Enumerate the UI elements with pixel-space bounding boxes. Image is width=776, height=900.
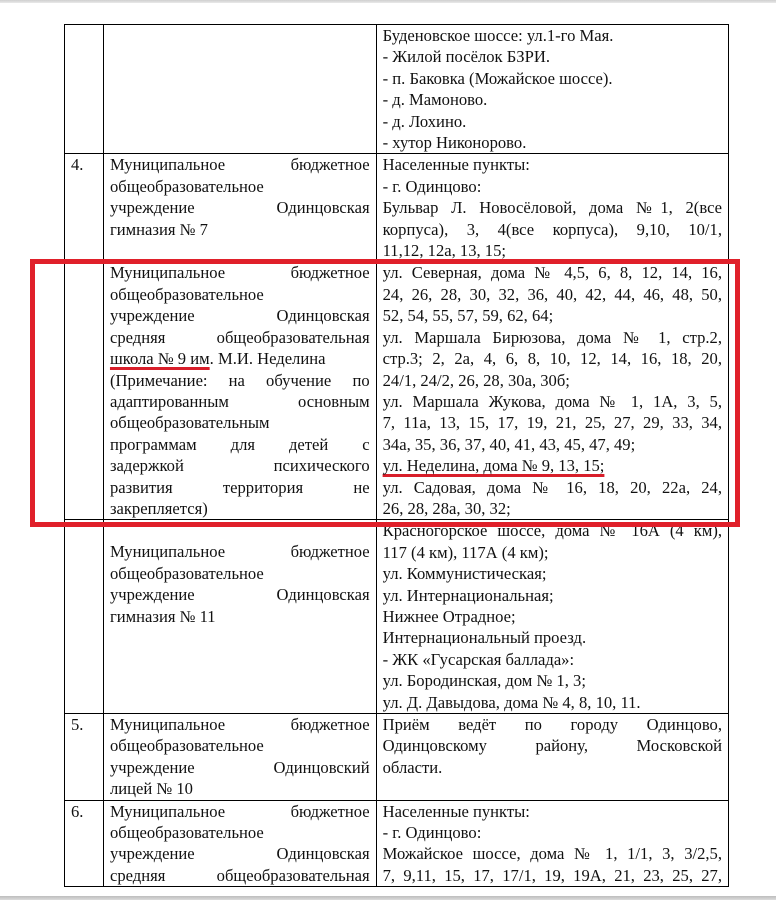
territory-cell: ул. Северная, дома № 4,5, 6, 8, 12, 14, …	[376, 262, 728, 520]
school-name-line: средняя общеобразовательная	[110, 327, 370, 348]
territory-line: - г. Одинцово:	[383, 176, 722, 197]
school-name-cell: Муниципальное бюджетноеобщеобразовательн…	[103, 714, 376, 801]
school-name-line: общеобразовательное	[110, 176, 370, 197]
territory-line: области.	[383, 757, 722, 778]
territory-line: ул. Интернациональная;	[383, 585, 722, 606]
school-name-line: гимназия № 7	[110, 219, 370, 240]
territory-line: - д. Лохино.	[383, 111, 722, 132]
table-row: Муниципальное бюджетноеобщеобразовательн…	[65, 520, 729, 714]
territory-cell: Населенные пункты:- г. Одинцово:Бульвар …	[376, 154, 728, 262]
school-territory-table: Буденовское шоссе: ул.1-го Мая.- Жилой п…	[64, 24, 729, 887]
table-row: Буденовское шоссе: ул.1-го Мая.- Жилой п…	[65, 25, 729, 154]
school-name-line: учреждение Одинцовская	[110, 584, 370, 605]
territory-line: Можайское шоссе, дома № 1, 1/1, 3, 3/2,5…	[383, 843, 722, 864]
territory-line: - п. Баковка (Можайское шоссе).	[383, 68, 722, 89]
territory-line: 34а, 35, 36, 37, 40, 41, 43, 45, 47, 49;	[383, 434, 722, 455]
school-name-line: школа № 9 им. М.И. Неделина	[110, 348, 370, 369]
school-name-line: учреждение Одинцовская	[110, 197, 370, 218]
territory-line: корпуса), 3, 4(все корпуса), 9,10, 10/1,	[383, 219, 722, 240]
row-number	[65, 520, 104, 714]
territory-line: ул. Д. Давыдова, дома № 4, 8, 10, 11.	[383, 692, 722, 713]
territory-line: - Жилой посёлок БЗРИ.	[383, 46, 722, 67]
territory-line: ул. Садовая, дома № 16, 18, 20, 22а, 24,	[383, 477, 722, 498]
school-name-cell	[103, 25, 376, 154]
territory-cell: Приём ведёт по городу Одинцово,Одинцовск…	[376, 714, 728, 801]
territory-line: стр.3; 2, 2а, 4, 6, 8, 10, 12, 14, 16, 1…	[383, 348, 722, 369]
territory-line: Населенные пункты:	[383, 154, 722, 175]
territory-line: 26, 28, 28а, 30, 32;	[383, 498, 722, 519]
territory-line: 11,12, 12а, 13, 15;	[383, 240, 722, 261]
school-name-line: Муниципальное бюджетное	[110, 714, 370, 735]
territory-line: - д. Мамоново.	[383, 89, 722, 110]
school-name-line: общеобразовательное	[110, 563, 370, 584]
territory-line: - ЖК «Гусарская баллада»:	[383, 649, 722, 670]
school-name-line: Муниципальное бюджетное	[110, 154, 370, 175]
row-number	[65, 262, 104, 520]
document-page: Буденовское шоссе: ул.1-го Мая.- Жилой п…	[0, 0, 776, 896]
window-bottom-edge	[0, 896, 776, 900]
table-row: 4.Муниципальное бюджетноеобщеобразовател…	[65, 154, 729, 262]
row-number: 4.	[65, 154, 104, 262]
school-name-line: гимназия № 11	[110, 606, 370, 627]
school-name-line: Муниципальное бюджетное	[110, 262, 370, 283]
school-name-line: Муниципальное бюджетное	[110, 541, 370, 562]
row-number: 6.	[65, 800, 104, 887]
table-row: Муниципальное бюджетноеобщеобразовательн…	[65, 262, 729, 520]
school-name-cell: Муниципальное бюджетноеобщеобразовательн…	[103, 520, 376, 714]
school-name-line: средняя общеобразовательная	[110, 865, 370, 886]
school-name-line: общеобразовательное	[110, 735, 370, 756]
territory-cell: Населенные пункты:- г. Одинцово:Можайско…	[376, 800, 728, 887]
school-name-line: задержкой психического	[110, 455, 370, 476]
school-name-line: общеобразовательным	[110, 412, 370, 433]
territory-line: Бульвар Л. Новосёловой, дома №1, 2(все	[383, 197, 722, 218]
school-name-line: общеобразовательное	[110, 822, 370, 843]
territory-cell: Буденовское шоссе: ул.1-го Мая.- Жилой п…	[376, 25, 728, 154]
school-name-cell: Муниципальное бюджетноеобщеобразовательн…	[103, 154, 376, 262]
territory-line: 24/1, 24/2, 26, 28, 30а, 30б;	[383, 370, 722, 391]
school-name-line: адаптированным основным	[110, 391, 370, 412]
school-name-line: общеобразовательное	[110, 284, 370, 305]
territory-line: Красногорское шоссе, дома № 16А (4 км),	[383, 520, 722, 541]
territory-line: Населенные пункты:	[383, 801, 722, 822]
school-name-line: программам для детей с	[110, 434, 370, 455]
row-number	[65, 25, 104, 154]
school-name-line: лицей № 10	[110, 778, 370, 799]
territory-line: ул. Северная, дома № 4,5, 6, 8, 12, 14, …	[383, 262, 722, 283]
territory-line: Буденовское шоссе: ул.1-го Мая.	[383, 25, 722, 46]
school-name-line: учреждение Одинцовский	[110, 757, 370, 778]
school-name-line: учреждение Одинцовская	[110, 305, 370, 326]
territory-line: ул. Неделина, дома № 9, 13, 15;	[383, 455, 722, 476]
highlight-underline: школа № 9 им	[110, 349, 210, 368]
territory-line: - г. Одинцово:	[383, 822, 722, 843]
territory-line: ул. Маршала Жукова, дома № 1, 1А, 3, 5,	[383, 391, 722, 412]
school-name-line: развития территория не	[110, 477, 370, 498]
territory-line: 7, 9,11, 15, 17, 17/1, 19, 19А, 21, 23, …	[383, 865, 722, 886]
territory-line: ул. Бородинская, дом № 1, 3;	[383, 670, 722, 691]
territory-line: 52, 54, 55, 57, 59, 62, 64;	[383, 305, 722, 326]
school-name-line: закрепляется)	[110, 498, 370, 519]
territory-line: Одинцовскому району, Московской	[383, 735, 722, 756]
territory-line: ул. Коммунистическая;	[383, 563, 722, 584]
territory-line: ул. Маршала Бирюзова, дома № 1, стр.2,	[383, 327, 722, 348]
school-name-cell: Муниципальное бюджетноеобщеобразовательн…	[103, 800, 376, 887]
school-name-line: (Примечание: на обучение по	[110, 370, 370, 391]
territory-line: 24, 26, 28, 30, 32, 36, 40, 42, 44, 46, …	[383, 284, 722, 305]
territory-line: - хутор Никонорово.	[383, 132, 722, 153]
table-row: 5.Муниципальное бюджетноеобщеобразовател…	[65, 714, 729, 801]
territory-cell: Красногорское шоссе, дома № 16А (4 км),1…	[376, 520, 728, 714]
highlight-underline: ул. Неделина, дома № 9, 13, 15;	[383, 456, 605, 475]
territory-line: Интернациональный проезд.	[383, 627, 722, 648]
row-number: 5.	[65, 714, 104, 801]
school-name-line: учреждение Одинцовская	[110, 843, 370, 864]
school-name-cell: Муниципальное бюджетноеобщеобразовательн…	[103, 262, 376, 520]
territory-line: 117 (4 км), 117А (4 км);	[383, 542, 722, 563]
territory-line: 7, 11а, 13, 15, 17, 19, 21, 25, 27, 29, …	[383, 412, 722, 433]
school-name-line: Муниципальное бюджетное	[110, 801, 370, 822]
table-row: 6.Муниципальное бюджетноеобщеобразовател…	[65, 800, 729, 887]
territory-line: Нижнее Отрадное;	[383, 606, 722, 627]
territory-line: Приём ведёт по городу Одинцово,	[383, 714, 722, 735]
